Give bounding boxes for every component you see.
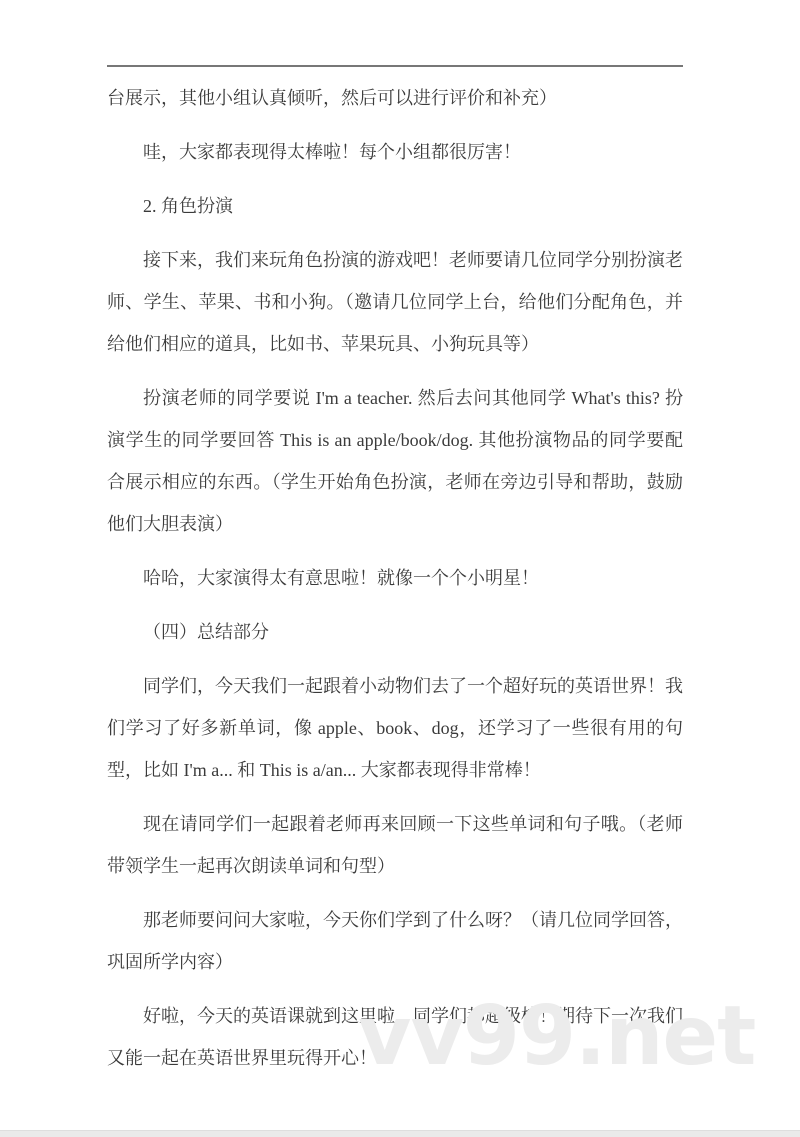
paragraph-heading: 2. 角色扮演 [107,185,683,227]
header-rule [107,65,683,67]
paragraph: 接下来，我们来玩角色扮演的游戏吧！老师要请几位同学分别扮演老师、学生、苹果、书和… [107,239,683,365]
document-body: 台展示，其他小组认真倾听，然后可以进行评价和补充） 哇，大家都表现得太棒啦！每个… [107,77,683,1091]
paragraph: 同学们，今天我们一起跟着小动物们去了一个超好玩的英语世界！我们学习了好多新单词，… [107,665,683,791]
page-bottom-edge [0,1130,800,1137]
paragraph: 现在请同学们一起跟着老师再来回顾一下这些单词和句子哦。（老师带领学生一起再次朗读… [107,803,683,887]
paragraph: 台展示，其他小组认真倾听，然后可以进行评价和补充） [107,77,683,119]
paragraph: 哇，大家都表现得太棒啦！每个小组都很厉害！ [107,131,683,173]
document-page: 台展示，其他小组认真倾听，然后可以进行评价和补充） 哇，大家都表现得太棒啦！每个… [0,0,800,1137]
paragraph-heading: （四）总结部分 [107,611,683,653]
paragraph: 扮演老师的同学要说 I'm a teacher. 然后去问其他同学 What's… [107,377,683,545]
watermark: vv99.net [358,996,755,1078]
paragraph: 那老师要问问大家啦，今天你们学到了什么呀？（请几位同学回答，巩固所学内容） [107,899,683,983]
paragraph: 哈哈，大家演得太有意思啦！就像一个个小明星！ [107,557,683,599]
